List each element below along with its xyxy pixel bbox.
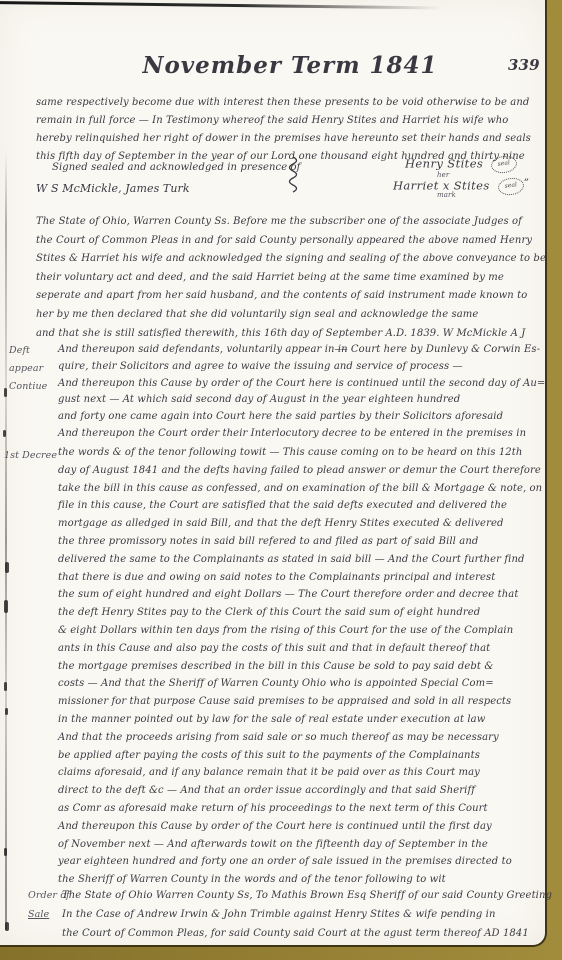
decree-paragraph: the words & of the tenor following towit… [58, 444, 542, 889]
handwritten-line: delivered the same to the Complainants a… [58, 551, 542, 569]
her-label: her [437, 171, 449, 179]
handwritten-line: The State of Ohio, Warren County Ss. Bef… [36, 213, 546, 232]
handwritten-line: file in this cause, the Court are satisf… [58, 497, 542, 515]
handwritten-line: the words & of the tenor following towit… [58, 444, 542, 462]
binding-mark [4, 600, 8, 613]
handwritten-line: their voluntary act and deed, and the sa… [36, 269, 546, 288]
binding-edge [5, 150, 7, 930]
handwritten-line: that there is due and owing on said note… [58, 569, 542, 587]
binding-mark [4, 388, 7, 397]
binding-mark [5, 922, 9, 931]
handwritten-line: the sum of eight hundred and eight Dolla… [58, 586, 542, 604]
signature-harriet-stites: her Harriet x Stitesseal” mark [393, 178, 529, 195]
handwritten-line: missioner for that purpose Cause said pr… [58, 693, 542, 711]
handwritten-line: take the bill in this cause as confessed… [58, 480, 542, 498]
handwritten-line: appear [9, 360, 47, 378]
handwritten-line: the mortgage premises described in the b… [58, 658, 542, 676]
handwritten-line: In the Case of Andrew Irwin & John Trimb… [62, 905, 552, 924]
handwritten-line: be applied after paying the costs of thi… [58, 747, 542, 765]
order-of-sale-paragraph: The State of Ohio Warren County Ss, To M… [62, 886, 552, 943]
acknowledgment-paragraph: The State of Ohio, Warren County Ss. Bef… [36, 213, 546, 343]
handwritten-line: the three promissory notes in said bill … [58, 533, 542, 551]
handwritten-line: The State of Ohio Warren County Ss, To M… [62, 886, 552, 905]
binding-mark [4, 848, 7, 856]
handwritten-line: her by me then declared that she did vol… [36, 306, 546, 325]
attestation-presence-line: Signed sealed and acknowledged in presen… [52, 162, 300, 173]
margin-note-first-decree: 1st Decree [4, 446, 57, 465]
handwritten-line: year eighteen hundred and forty one an o… [58, 853, 542, 871]
handwritten-line: the Court of Common Pleas, for said Coun… [62, 924, 552, 943]
record-book-page: November Term 1841 339 same respectively… [0, 0, 547, 947]
mark-label: mark [437, 191, 456, 199]
handwritten-line: And thereupon this Cause by order of the… [58, 818, 542, 836]
handwritten-line: day of August 1841 and the defts having … [58, 462, 542, 480]
handwritten-line: in the manner pointed out by law for the… [58, 711, 542, 729]
ditto-mark: ” [524, 178, 529, 189]
signature-henry-stites: Henry Stitesseal [405, 156, 517, 173]
handwritten-line: Deft [9, 342, 47, 360]
binding-mark [5, 562, 9, 573]
handwritten-line: Stites & Harriet his wife and acknowledg… [36, 250, 546, 269]
page-title: November Term 1841 [142, 52, 437, 79]
handwritten-line: the deft Henry Stites pay to the Clerk o… [58, 604, 542, 622]
seal-icon: seal [497, 176, 525, 196]
document-scan: November Term 1841 339 same respectively… [0, 0, 562, 960]
handwritten-line: hereby relinquished her right of dower i… [36, 130, 531, 148]
handwritten-line: claims aforesaid, and if any balance rem… [58, 764, 542, 782]
handwritten-line: ants in this Cause and also pay the cost… [58, 640, 542, 658]
flourish-squiggle-icon [286, 155, 300, 197]
handwritten-line: direct to the deft &c — And that an orde… [58, 782, 542, 800]
binding-mark [3, 430, 6, 437]
seal-icon: seal [490, 154, 518, 174]
appearance-paragraph: And thereupon said defendants, voluntari… [58, 342, 545, 443]
page-number: 339 [508, 56, 540, 74]
handwritten-line: remain in full force — In Testimony wher… [36, 112, 531, 130]
handwritten-line: of November next — And afterwards towit … [58, 836, 542, 854]
handwritten-line: Contiue [9, 378, 47, 396]
handwritten-line: the Court of Common Pleas in and for sai… [36, 232, 546, 251]
scan-top-edge [0, 1, 442, 9]
handwritten-line: And thereupon this Cause by order of the… [58, 376, 545, 393]
handwritten-line: costs — And that the Sheriff of Warren C… [58, 675, 542, 693]
handwritten-line: & eight Dollars within ten days from the… [58, 622, 542, 640]
binding-mark [5, 708, 8, 715]
handwritten-line: And thereupon said defendants, voluntari… [58, 342, 545, 359]
handwritten-line: seperate and apart from her said husband… [36, 287, 546, 306]
handwritten-line: and that she is still satisfied therewit… [36, 325, 546, 344]
handwritten-line: mortgage as alledged in said Bill, and t… [58, 515, 542, 533]
binding-mark [4, 682, 7, 691]
handwritten-line: and forty one came again into Court here… [58, 409, 545, 426]
handwritten-line: And that the proceeds arising from said … [58, 729, 542, 747]
handwritten-line: same respectively become due with intere… [36, 94, 531, 112]
handwritten-line: And thereupon the Court order their Inte… [58, 426, 545, 443]
handwritten-line: gust next — At which said second day of … [58, 392, 545, 409]
handwritten-line: quire, their Solicitors and agree to wai… [58, 359, 545, 376]
margin-note-deft-appear: DeftappearContiue [9, 342, 47, 396]
signatory-name: Henry Stites [405, 157, 483, 171]
handwritten-line: as Comr as aforesaid make return of his … [58, 800, 542, 818]
witness-names: W S McMickle, James Turk [36, 182, 190, 195]
